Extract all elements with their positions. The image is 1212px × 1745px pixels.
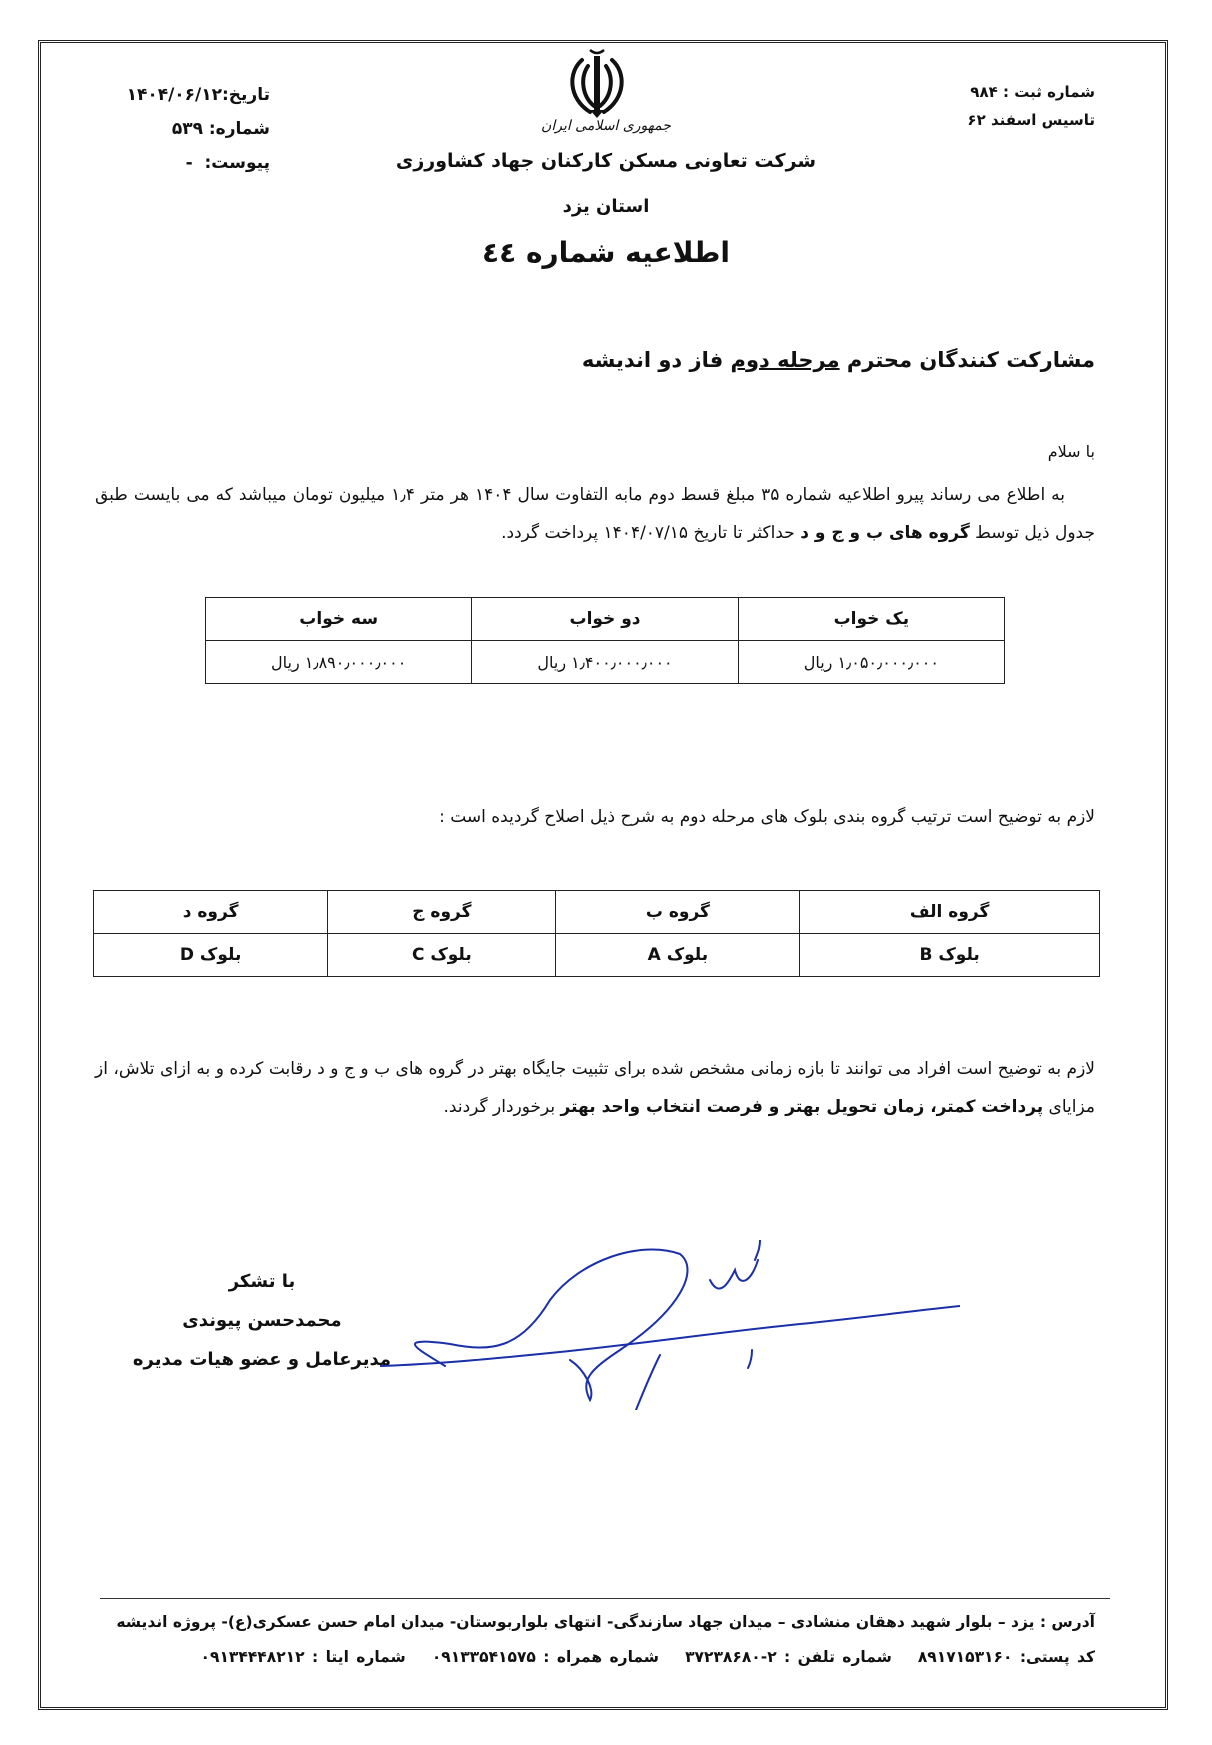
table-row: بلوک B بلوک A بلوک C بلوک D [94, 934, 1100, 977]
company-name: شرکت تعاونی مسکن کارکنان جهاد کشاورزی [0, 150, 1212, 172]
signature-block: با تشکر محمدحسن پیوندی مدیرعامل و عضو هی… [112, 1262, 412, 1379]
table-cell: بلوک B [800, 934, 1100, 977]
paragraph-text: حداکثر تا تاریخ ۱۴۰۴/۰۷/۱۵ پرداخت گردد. [501, 523, 800, 543]
phone-number: شماره تلفن : ۲-۳۷۲۳۸۶۸۰ [685, 1648, 892, 1666]
table-cell: بلوک A [556, 934, 800, 977]
table-header: یک خواب [738, 598, 1004, 641]
table-header-row: گروه الف گروه ب گروه ج گروه د [94, 891, 1100, 934]
table-header: سه خواب [206, 598, 472, 641]
paragraph-payment: به اطلاع می رساند پیرو اطلاعیه شماره ۳۵ … [95, 476, 1095, 552]
addressee-underlined: مرحله دوم [731, 348, 840, 372]
table-header: گروه الف [800, 891, 1100, 934]
paragraph-grouping: لازم به توضیح است ترتیب گروه بندی بلوک ه… [95, 798, 1095, 836]
paragraph-bold: پرداخت کمتر، زمان تحویل بهتر و فرصت انتخ… [561, 1097, 1044, 1117]
paragraph-text: برخوردار گردند. [444, 1097, 561, 1117]
table-header-row: یک خواب دو خواب سه خواب [206, 598, 1005, 641]
footer-address: آدرس : یزد – بلوار شهید دهقان منشادی – م… [116, 1613, 1095, 1631]
registration-number: شماره ثبت : ۹۸۴ [967, 78, 1095, 106]
handwritten-signature [380, 1240, 960, 1410]
postal-code: کد پستی: ۸۹۱۷۱۵۳۱۶۰ [918, 1648, 1095, 1666]
greeting: با سلام [1048, 442, 1095, 461]
paragraph-competition: لازم به توضیح است افراد می توانند تا باز… [95, 1050, 1095, 1126]
addressee-project: فاز دو اندیشه [582, 348, 731, 372]
table-header: گروه ج [328, 891, 556, 934]
date-label: تاریخ: [222, 85, 270, 105]
table-header: دو خواب [472, 598, 738, 641]
closing: با تشکر [112, 1262, 412, 1301]
table-cell: بلوک D [94, 934, 328, 977]
province: استان یزد [0, 196, 1212, 217]
iran-emblem-icon [560, 46, 634, 120]
footer-divider [100, 1598, 1110, 1599]
table-cell: ۱٫۰۵۰٫۰۰۰٫۰۰۰ ریال [738, 641, 1004, 684]
eitaa-number: شماره ایتا : ۰۹۱۳۴۴۴۸۲۱۲ [201, 1648, 406, 1666]
emblem-caption: جمهوری اسلامی ایران [0, 118, 1212, 134]
date-line: تاریخ:۱۴۰۴/۰۶/۱۲ [110, 78, 270, 112]
signer-name: محمدحسن پیوندی [112, 1301, 412, 1340]
signer-position: مدیرعامل و عضو هیات مدیره [112, 1340, 412, 1379]
date-value: ۱۴۰۴/۰۶/۱۲ [127, 85, 222, 105]
addressee-text: مشارکت کنندگان محترم [840, 348, 1095, 372]
paragraph-bold: گروه های ب و ج و د [800, 523, 970, 543]
table-cell: بلوک C [328, 934, 556, 977]
group-table: گروه الف گروه ب گروه ج گروه د بلوک B بلو… [93, 890, 1100, 977]
table-cell: ۱٫۸۹۰٫۰۰۰٫۰۰۰ ریال [206, 641, 472, 684]
announcement-title: اطلاعیه شماره ٤٤ [0, 236, 1212, 269]
price-table: یک خواب دو خواب سه خواب ۱٫۰۵۰٫۰۰۰٫۰۰۰ ری… [205, 597, 1005, 684]
page-border [38, 40, 1168, 1710]
addressee: مشارکت کنندگان محترم مرحله دوم فاز دو ان… [582, 348, 1095, 372]
mobile-number: شماره همراه : ۰۹۱۳۳۵۴۱۵۷۵ [432, 1648, 659, 1666]
footer-contacts: کد پستی: ۸۹۱۷۱۵۳۱۶۰شماره تلفن : ۲-۳۷۲۳۸۶… [201, 1648, 1095, 1666]
table-cell: ۱٫۴۰۰٫۰۰۰٫۰۰۰ ریال [472, 641, 738, 684]
table-header: گروه ب [556, 891, 800, 934]
table-header: گروه د [94, 891, 328, 934]
table-row: ۱٫۰۵۰٫۰۰۰٫۰۰۰ ریال ۱٫۴۰۰٫۰۰۰٫۰۰۰ ریال ۱٫… [206, 641, 1005, 684]
